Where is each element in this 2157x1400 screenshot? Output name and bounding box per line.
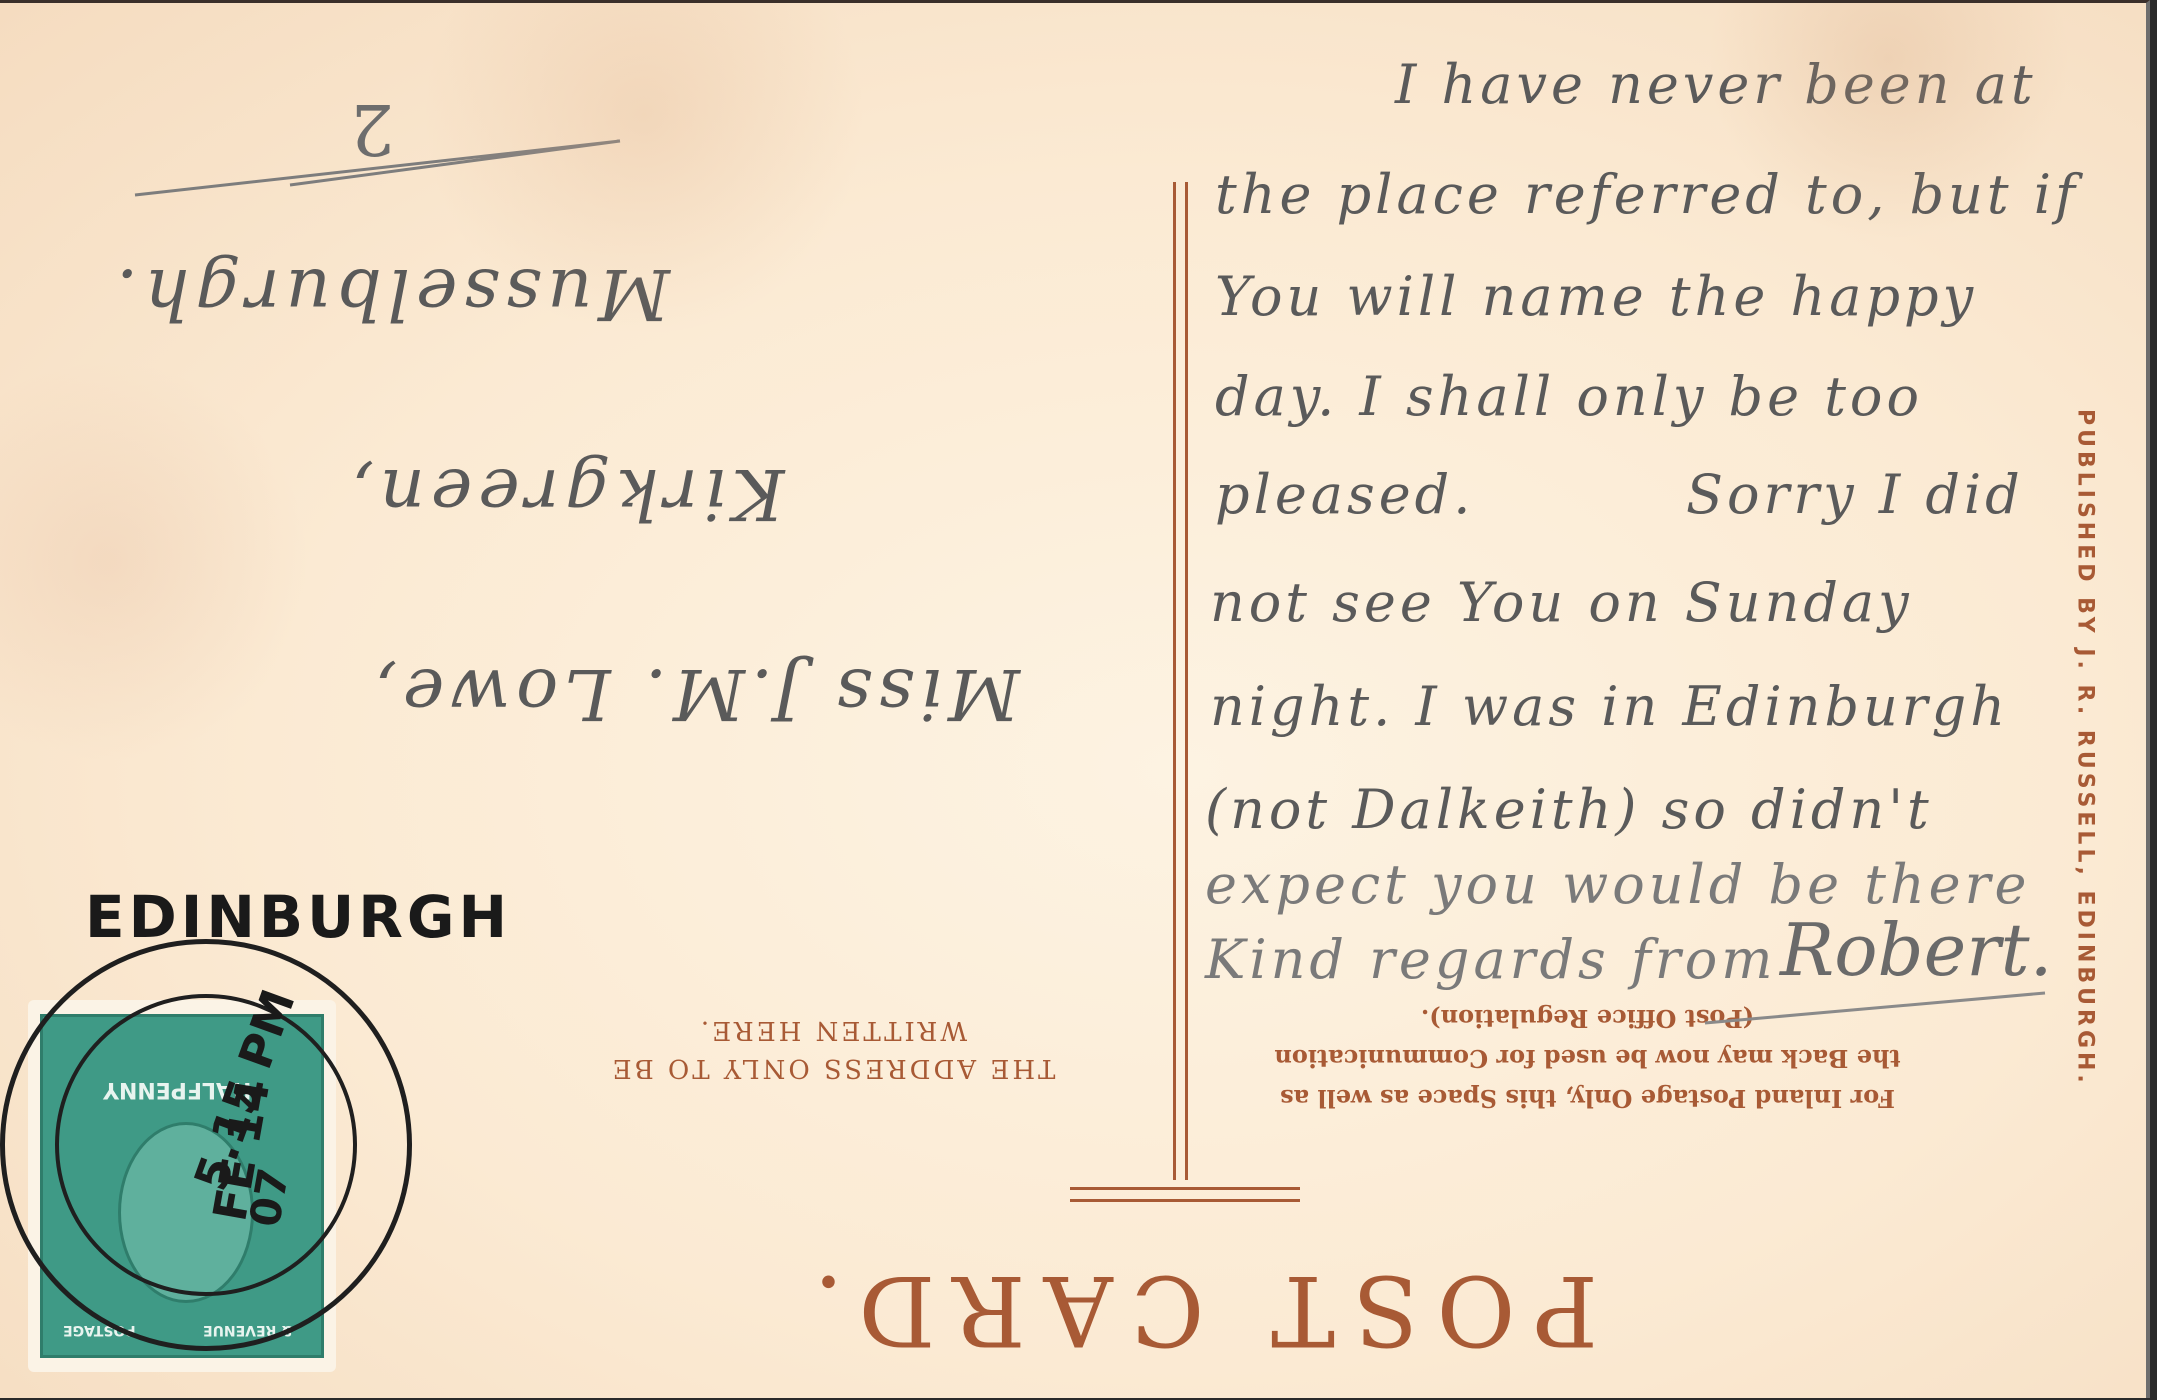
publisher-imprint: PUBLISHED BY J. R. RUSSELL, EDINBURGH. — [2070, 363, 2100, 1133]
divider-base-line-bottom — [1070, 1199, 1300, 1202]
message-line: the place referred to, but if — [1215, 163, 2079, 226]
post-card-heading: POST CARD. — [853, 1265, 1598, 1355]
message-line: expect you would be there — [1205, 853, 2030, 916]
signature-underline — [1700, 988, 2050, 1028]
address-notice-line-2: WRITTEN HERE. — [590, 1011, 1075, 1049]
divider-line-left — [1173, 182, 1176, 1180]
postmark-town: EDINBURGH — [85, 883, 511, 951]
message-line: night. I was in Edinburgh — [1210, 675, 2009, 738]
notice-line-2: the Back may now be used for Communicati… — [1200, 1038, 1975, 1078]
pencil-check-mark — [130, 133, 630, 203]
address-line-town: Musselburgh. — [150, 253, 670, 335]
address-line-name: Miss J.M. Lowe, — [560, 653, 1020, 735]
postmark-year: 07 — [240, 1164, 298, 1230]
message-line: pleased. Sorry I did — [1215, 463, 2024, 526]
address-line-street: Kirkgreen, — [330, 453, 800, 535]
message-line: You will name the happy — [1215, 265, 1977, 328]
message-line: day. I shall only be too — [1215, 365, 1923, 428]
divider-line-right — [1185, 182, 1188, 1180]
message-line: (not Dalkeith) so didn't — [1205, 778, 1933, 841]
divider-base-line-top — [1070, 1187, 1300, 1190]
notice-line-1: For Inland Postage Only, this Space as w… — [1200, 1078, 1975, 1118]
message-line: Kind regards from — [1205, 928, 1776, 991]
address-only-notice: THE ADDRESS ONLY TO BE WRITTEN HERE. — [590, 1011, 1075, 1087]
message-line: I have never been at — [1395, 53, 2037, 116]
postcard-back: POST CARD. THE ADDRESS ONLY TO BE WRITTE… — [0, 0, 2150, 1398]
address-notice-line-1: THE ADDRESS ONLY TO BE — [590, 1049, 1075, 1087]
message-line: not see You on Sunday — [1210, 571, 1913, 634]
signature: Robert. — [1780, 908, 2053, 992]
